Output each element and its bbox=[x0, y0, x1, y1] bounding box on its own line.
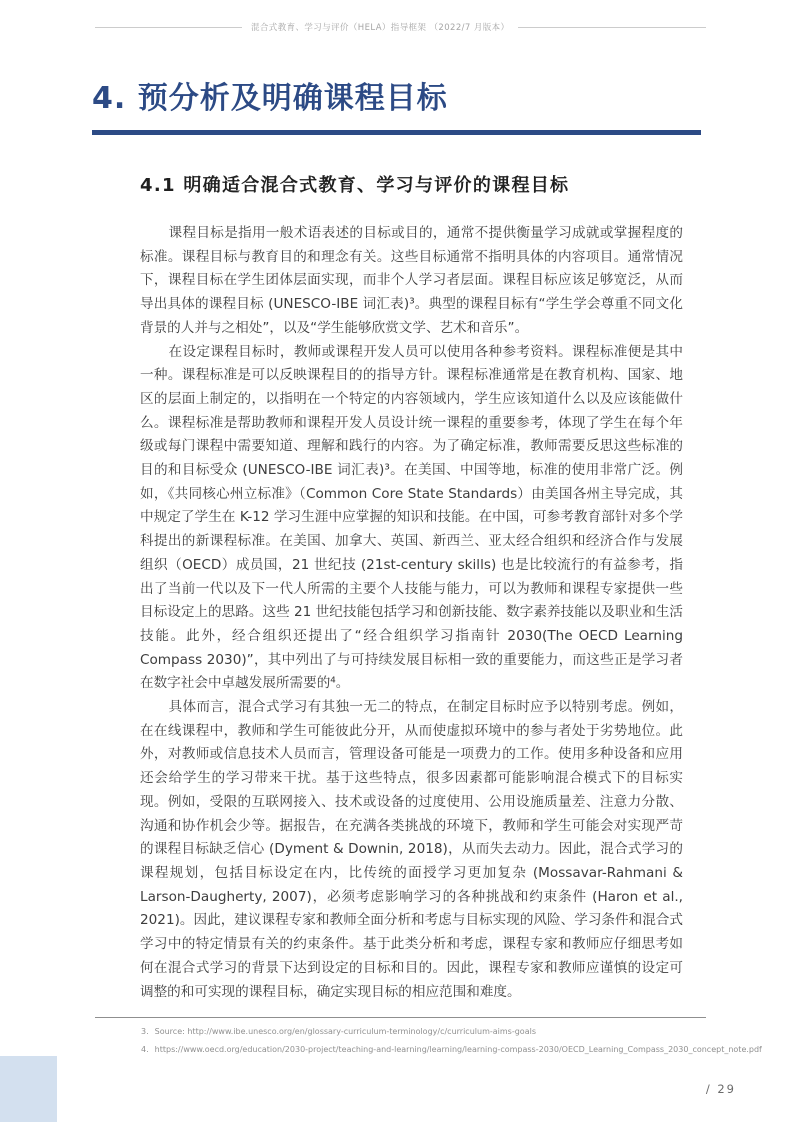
footnote-4: 4. https://www.oecd.org/education/2030-p… bbox=[141, 1041, 741, 1059]
paragraph-1: 课程目标是指用一般术语表述的目标或目的，通常不提供衡量学习成就或掌握程度的标准。… bbox=[140, 222, 683, 341]
section-title: 4.1 明确适合混合式教育、学习与评价的课程目标 bbox=[140, 173, 569, 199]
corner-decoration bbox=[0, 1056, 57, 1122]
chapter-title-rule bbox=[92, 130, 701, 135]
chapter-title: 4. 预分析及明确课程目标 bbox=[92, 80, 448, 118]
footnote-3: 3. Source: http://www.ibe.unesco.org/en/… bbox=[141, 1023, 741, 1041]
page-number-value: 29 bbox=[717, 1082, 736, 1096]
footnote-marker: 4. bbox=[141, 1041, 149, 1059]
page-number: / 29 bbox=[706, 1082, 736, 1096]
footnote-text: Source: http://www.ibe.unesco.org/en/glo… bbox=[155, 1023, 536, 1041]
page-number-slash: / bbox=[706, 1082, 712, 1096]
document-page: 混合式教育、学习与评价（HELA）指导框架 （2022/7 月版本） 4. 预分… bbox=[0, 0, 793, 1122]
header-rule-right bbox=[518, 27, 706, 28]
footnotes: 3. Source: http://www.ibe.unesco.org/en/… bbox=[141, 1023, 741, 1059]
footnote-text: https://www.oecd.org/education/2030-proj… bbox=[155, 1041, 762, 1059]
running-header: 混合式教育、学习与评价（HELA）指导框架 （2022/7 月版本） bbox=[95, 21, 706, 33]
paragraph-3: 具体而言，混合式学习有其独一无二的特点，在制定目标时应予以特别考虑。例如，在在线… bbox=[140, 696, 683, 1004]
footnote-separator bbox=[95, 1017, 706, 1018]
paragraph-2: 在设定课程目标时，教师或课程开发人员可以使用各种参考资料。课程标准便是其中一种。… bbox=[140, 341, 683, 697]
body-text: 课程目标是指用一般术语表述的目标或目的，通常不提供衡量学习成就或掌握程度的标准。… bbox=[140, 222, 683, 1004]
footnote-marker: 3. bbox=[141, 1023, 149, 1041]
header-rule-left bbox=[95, 27, 242, 28]
running-header-text: 混合式教育、学习与评价（HELA）指导框架 （2022/7 月版本） bbox=[251, 21, 509, 33]
